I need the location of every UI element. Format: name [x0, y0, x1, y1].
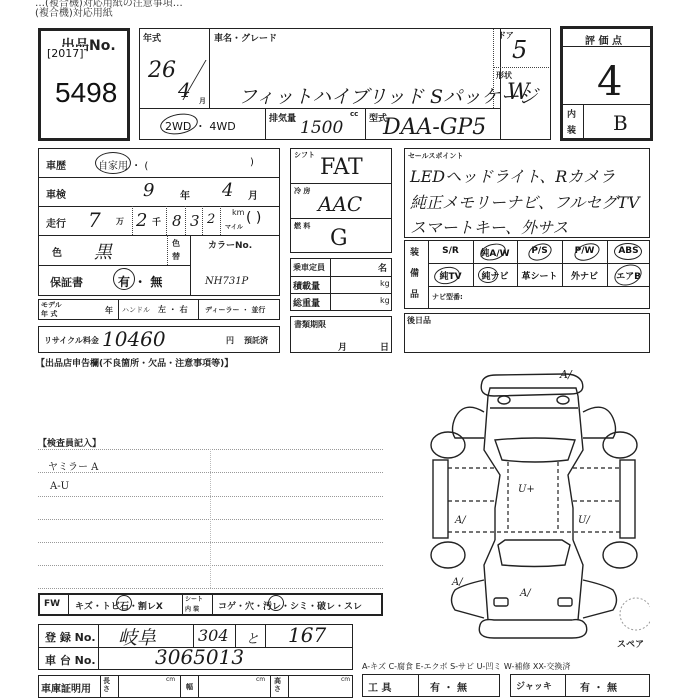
inspector-notes-label: 【検査員記入】 [38, 436, 101, 449]
lot-number-box: 出品No. [2017] 5498 [38, 28, 130, 141]
spare-label: スペア [617, 637, 644, 650]
car-name-value: フィットハイブリッド Sパッケージ [238, 82, 538, 109]
load-unit: kg [380, 279, 390, 288]
damage-mark-front: A/ [520, 588, 531, 599]
interior-label-2: 装 [567, 123, 576, 136]
damage-mark-left-door: A/ [455, 515, 466, 526]
mileage-sen-unit: 千 [152, 215, 161, 228]
inspection-year: 9 [143, 180, 154, 201]
mileage-ichi: 2 [207, 212, 215, 227]
sales-points-label: セールスポイント [408, 151, 463, 161]
ac-label: 冷 房 [294, 186, 310, 196]
displacement-label: 排気量 [269, 111, 296, 124]
seat-label-2: 内 装 [185, 604, 199, 613]
mileage-label: 走行 [46, 215, 66, 230]
fuel-label: 燃 料 [294, 221, 310, 231]
displacement-value: 1500 [300, 118, 343, 138]
dealer-options: ディーラー ・ 並行 [205, 305, 265, 315]
recycle-status: 預託済 [244, 335, 268, 346]
later-items-box [404, 313, 650, 353]
year-label: 年式 [143, 31, 161, 44]
history-close: ) [250, 157, 254, 168]
fw-label: FW [44, 599, 60, 609]
mileage-hyaku: 8 [172, 212, 182, 230]
inspector-note-line-1: ヤミラー A [48, 458, 98, 473]
capacity-label: 乗車定員 [293, 262, 325, 273]
inspection-month: 4 [222, 180, 233, 201]
model-year-label-2: 年 式 [41, 309, 57, 319]
seat-label-1: シート [185, 594, 203, 603]
warranty-label: 保証書 [50, 274, 83, 290]
inspector-note-line-2: A-U [50, 481, 69, 492]
registration-kana: と [246, 628, 259, 647]
chassis-label: 車 台 No. [45, 652, 96, 668]
ac-value: AAC [318, 192, 362, 216]
seller-notes-label: 【出品店申告欄(不良箇所・欠品・注意事項等)】 [36, 356, 233, 369]
jack-options: 有 ・ 無 [580, 679, 617, 694]
damage-mark-rear: A/ [560, 368, 572, 381]
equipment-label-2: 備 [410, 266, 419, 279]
registration-label: 登 録 No. [45, 629, 96, 645]
damage-legend: A-キズ C-腐食 E-エクボ S-サビ U-凹ミ W-補修 XX-交換済 [362, 661, 570, 672]
color-no-value: NH731P [205, 276, 248, 287]
shape-value: W [507, 80, 530, 105]
interior-grade: B [613, 111, 628, 135]
equip-circle-mark [614, 243, 642, 260]
mileage-mile-unit: マイル [225, 222, 243, 231]
fw-selected-mark [116, 595, 132, 611]
fuel-value: G [330, 226, 348, 251]
sales-point-line-3: スマートキー、外サス [410, 215, 568, 238]
tools-options: 有 ・ 無 [430, 679, 467, 694]
lot-year-tag: [2017] [47, 47, 84, 60]
garage-width-label: 幅 [186, 682, 193, 692]
recycle-unit: 円 [226, 335, 234, 346]
mileage-paren: ( ) [246, 210, 261, 226]
color-value: 黒 [94, 238, 112, 264]
load-label: 積載量 [293, 279, 320, 292]
handle-label: ハンドル [122, 305, 150, 315]
damage-mark-right-door: U/ [578, 515, 590, 526]
form-type-label: (複合機)対応用紙 [35, 4, 113, 19]
equip-leather-seats: 革シート [517, 269, 562, 282]
garage-length-unit: cm [166, 676, 175, 683]
door-value: 5 [512, 36, 527, 64]
mileage-sen: 2 [136, 210, 147, 231]
equipment-label-1: 装 [410, 245, 419, 258]
name-label: 車名・グレード [214, 31, 277, 44]
handle-options: 左 ・ 右 [158, 304, 188, 315]
seat-selected-mark [268, 595, 284, 611]
garage-cert-label: 車庫証明用 [41, 680, 91, 695]
color-label: 色 [52, 244, 62, 259]
grade-label: 評 価 点 [585, 32, 622, 47]
registration-class: 304 [198, 626, 229, 645]
mileage-man: 7 [88, 208, 101, 232]
mileage-km-unit: km [232, 208, 244, 217]
navi-model-label: ナビ型番: [432, 292, 463, 302]
grade-box: 評 価 点 4 内 装 B [560, 26, 653, 141]
equip-sr: S/R [428, 246, 473, 256]
grade-score: 4 [597, 59, 622, 105]
color-no-label: カラーNo. [208, 238, 252, 251]
month-unit: 月 [199, 96, 206, 106]
model-value: DAA-GP5 [383, 115, 486, 140]
recycle-label: リサイクル料金 [44, 335, 99, 346]
docs-day: 日 [380, 340, 389, 353]
registration-number: 167 [288, 623, 326, 647]
lot-number: 5498 [55, 77, 117, 109]
garage-length-label: 長さ [103, 677, 113, 693]
tools-label: 工 具 [368, 679, 391, 694]
car-damage-diagram [400, 360, 650, 650]
docs-month: 月 [338, 340, 347, 353]
warranty-selected-mark [113, 268, 135, 290]
inspection-year-unit: 年 [180, 187, 190, 202]
capacity-unit: 名 [378, 261, 387, 274]
chassis-value: 3065013 [155, 645, 244, 669]
equipment-label-3: 品 [410, 287, 419, 300]
model-year-unit: 年 [105, 305, 113, 316]
mileage-juu: 3 [190, 212, 200, 230]
damage-mark-roof: U+ [518, 484, 535, 495]
garage-height-label: 高さ [274, 677, 284, 693]
weight-label: 総重量 [293, 296, 320, 309]
displacement-unit: cc [350, 110, 358, 118]
equip-aftermarket-navi: 外ナビ [562, 269, 607, 282]
history-label: 車歴 [46, 157, 66, 172]
inspection-month-unit: 月 [248, 187, 258, 202]
weight-unit: kg [380, 296, 390, 305]
mileage-man-unit: 万 [116, 216, 124, 227]
later-items-label: 後日品 [407, 315, 431, 326]
inspection-label: 車検 [46, 186, 66, 201]
interior-label-1: 内 [567, 107, 576, 120]
shift-value: FAT [320, 155, 363, 180]
shift-label: シフト [294, 150, 315, 160]
color-change-label-1: 色 [172, 238, 180, 249]
damage-mark-left-fender: A/ [452, 577, 463, 588]
docs-label: 書類期限 [294, 319, 326, 330]
garage-height-unit: cm [341, 676, 350, 683]
seat-options: コゲ・穴・汚レ・シミ・破レ・スレ [218, 599, 362, 612]
sales-point-line-1: LEDヘッドライト、Rカメラ [410, 164, 615, 187]
recycle-value: 10460 [102, 327, 166, 351]
equip-circle-mark [478, 267, 498, 283]
color-change-label-2: 替 [172, 251, 180, 262]
garage-width-unit: cm [256, 676, 265, 683]
history-selected-mark [95, 152, 131, 174]
sales-point-line-2: 純正メモリーナビ、フルセグTV [410, 190, 639, 213]
jack-label: ジャッキ [516, 679, 552, 692]
registration-area: 岐阜 [118, 623, 156, 650]
